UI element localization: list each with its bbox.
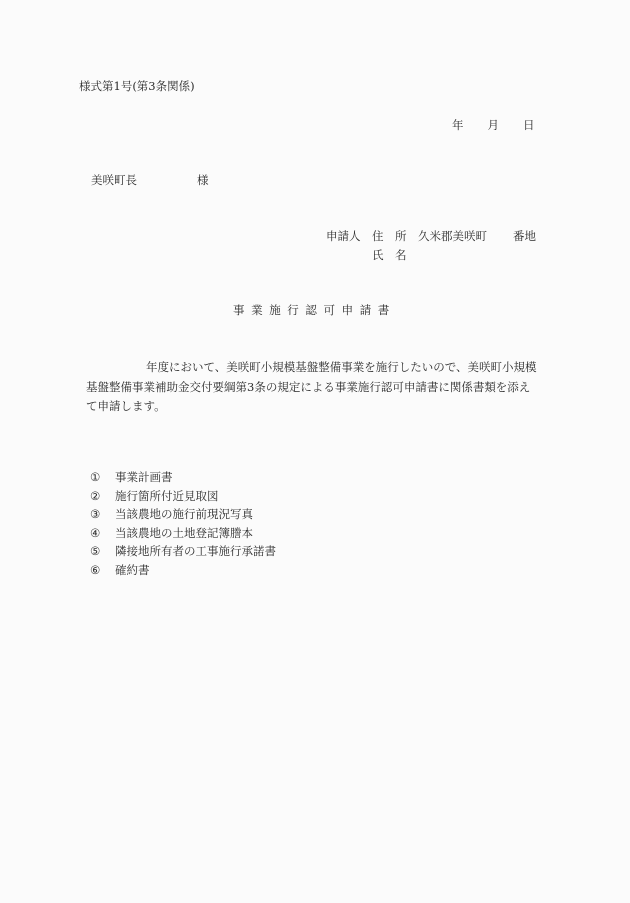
date-line: 年月日 (452, 120, 535, 132)
year-label: 年 (452, 120, 464, 132)
day-label: 日 (523, 120, 535, 132)
attachment-label: 当該農地の土地登記簿謄本 (115, 526, 253, 540)
attachment-label: 施行箇所付近見取図 (115, 489, 219, 503)
recipient-name: 美咲町長 (91, 173, 137, 187)
applicant-block: 申請人住 所 久米郡美咲町番地 氏 名 (326, 231, 536, 269)
address-prefix: 久米郡美咲町 (418, 229, 487, 243)
attachment-label: 事業計画書 (115, 470, 173, 484)
name-label: 氏 名 (372, 248, 407, 262)
applicant-address-row: 申請人住 所 久米郡美咲町番地 (326, 231, 536, 250)
month-label: 月 (488, 120, 500, 132)
recipient-honorific: 様 (197, 173, 209, 187)
body-line-1: 年度において、美咲町小規模基盤整備事業を施行したいので、美咲町小規模 (86, 358, 550, 378)
address-label: 住 所 (372, 229, 407, 243)
attachment-number: ⑤ (90, 546, 115, 558)
attachment-label: 確約書 (115, 563, 150, 577)
attachment-number: ① (90, 472, 115, 484)
recipient: 美咲町長様 (91, 175, 209, 187)
body-line-3: て申請します。 (86, 397, 550, 417)
applicant-label: 申請人 (326, 231, 372, 243)
attachment-item: ⑥確約書 (90, 565, 276, 584)
document-title: 事業施行認可申請書 (233, 305, 396, 317)
attachment-label: 当該農地の施行前現況写真 (115, 507, 253, 521)
attachment-number: ④ (90, 528, 115, 540)
attachment-number: ⑥ (90, 565, 115, 577)
attachment-number: ③ (90, 509, 115, 521)
attachments-list: ①事業計画書 ②施行箇所付近見取図 ③当該農地の施行前現況写真 ④当該農地の土地… (90, 472, 276, 583)
address-suffix: 番地 (513, 229, 536, 243)
body-line-2: 基盤整備事業補助金交付要綱第3条の規定による事業施行認可申請書に関係書類を添え (86, 378, 550, 398)
attachment-number: ② (90, 491, 115, 503)
body-paragraph: 年度において、美咲町小規模基盤整備事業を施行したいので、美咲町小規模 基盤整備事… (86, 358, 550, 417)
attachment-label: 隣接地所有者の工事施行承諾書 (115, 544, 276, 558)
form-number: 様式第1号(第3条関係) (79, 81, 195, 93)
applicant-name-row: 氏 名 (326, 250, 536, 269)
